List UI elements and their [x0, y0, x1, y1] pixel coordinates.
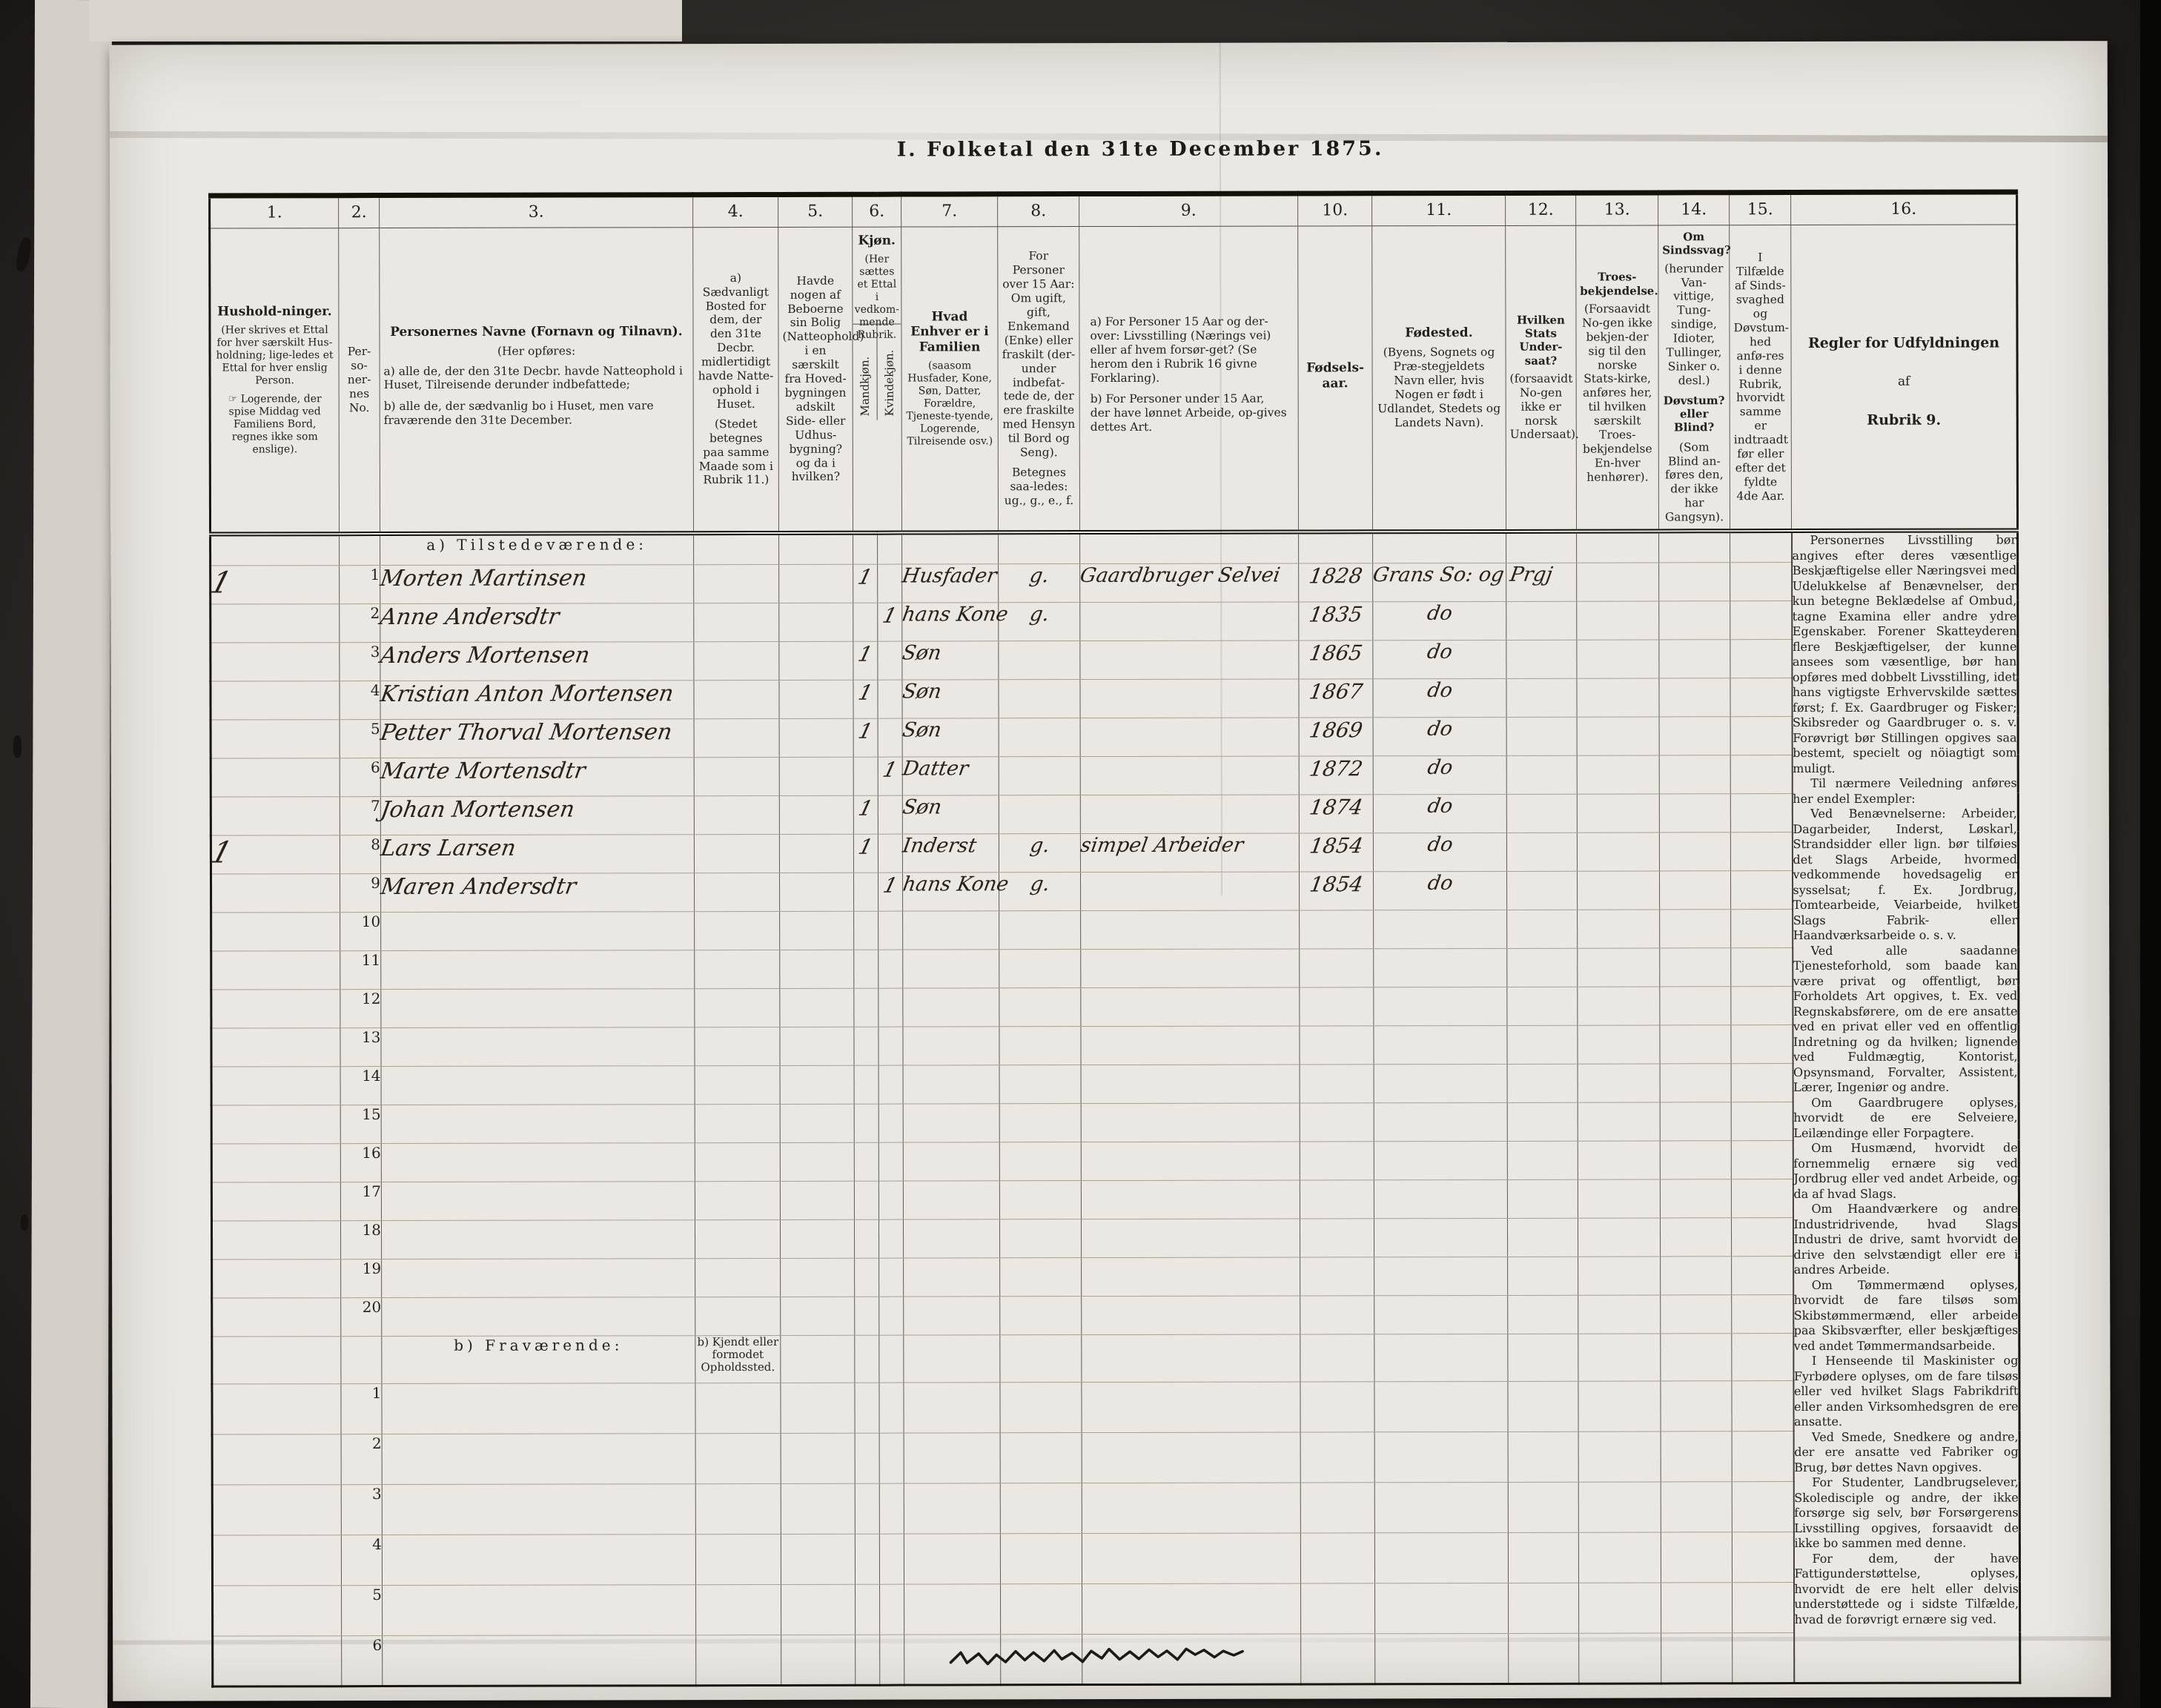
- instruction-paragraph: Ved alle saadanne Tjenesteforhold, som b…: [1793, 943, 2018, 1096]
- row-number: 15: [340, 1105, 381, 1143]
- family-position: [904, 1533, 1000, 1583]
- citizenship-cell: [1506, 755, 1577, 794]
- empty-cell: [1000, 1334, 1082, 1382]
- usual-residence-cell: [694, 757, 779, 795]
- person-name: [381, 1027, 695, 1066]
- table-row: 20: [212, 1294, 2019, 1337]
- section-b-header-row: b) Fraværende: b) Kjendt eller formodet …: [212, 1333, 2019, 1384]
- empty-cell: [999, 532, 1080, 563]
- family-position: [904, 1296, 1000, 1334]
- male-mark: [854, 1181, 878, 1219]
- disability-onset-cell: [1732, 1256, 1793, 1294]
- table-row: 1: [212, 1380, 2019, 1434]
- female-mark: 1: [878, 757, 902, 795]
- separate-building-cell: [781, 1258, 855, 1297]
- disability-cell: [1660, 1063, 1731, 1102]
- birth-year: 1869: [1299, 717, 1373, 755]
- table-row: 3 Anders Mortensen 1 Søn 1865 do: [211, 639, 2018, 681]
- person-name: [382, 1534, 695, 1585]
- disability-onset-cell: [1731, 986, 1793, 1025]
- family-position: [903, 1180, 999, 1219]
- occupation: [1082, 1382, 1300, 1433]
- citizenship-cell: [1506, 717, 1577, 755]
- citizenship-cell: [1508, 1532, 1578, 1583]
- col-usual-residence-header: a) Sædvanligt Bosted for dem, der den 31…: [693, 227, 779, 533]
- household-mark: [211, 873, 340, 912]
- occupation: [1081, 1180, 1300, 1219]
- instruction-paragraph: Personernes Livsstilling bør angives eft…: [1793, 533, 2017, 777]
- female-mark: [878, 1065, 903, 1104]
- birth-year: [1300, 1482, 1374, 1532]
- disability-onset-cell: [1731, 1025, 1793, 1063]
- female-mark: [878, 680, 902, 718]
- person-name: Marte Mortensdtr: [380, 757, 694, 796]
- family-position: hans Kone: [903, 872, 999, 910]
- empty-cell: [853, 533, 878, 564]
- disability-cell: [1660, 947, 1731, 986]
- creed-cell: [1577, 717, 1659, 755]
- disability-cell: [1661, 1431, 1732, 1481]
- female-mark: [879, 1534, 904, 1584]
- household-mark: [211, 950, 340, 989]
- birth-year: [1301, 1583, 1375, 1633]
- instruction-paragraph: Om Tømmermænd oplyses, hvorvidt de fare …: [1794, 1277, 2019, 1354]
- scan-artifact: [21, 1214, 28, 1231]
- disability-onset-cell: [1730, 639, 1792, 678]
- marital-status: [1000, 1483, 1082, 1533]
- scan-right-border: [2140, 0, 2161, 1708]
- usual-residence-cell: [695, 1433, 781, 1483]
- male-mark: [853, 757, 878, 795]
- row-number: 4: [340, 681, 380, 719]
- instruction-paragraph: Om Husmænd, hvorvidt de fornemmelig ernæ…: [1793, 1141, 2018, 1202]
- birthplace: [1374, 1431, 1508, 1482]
- usual-residence-cell: [694, 680, 779, 718]
- male-mark: 1: [853, 834, 878, 873]
- disability-onset-cell: [1732, 1380, 1793, 1431]
- citizenship-cell: [1506, 833, 1577, 871]
- marital-status: [1000, 1296, 1082, 1334]
- family-position: [904, 1483, 1000, 1533]
- family-position: [903, 1065, 999, 1103]
- male-mark: [854, 950, 878, 988]
- family-position: [904, 1432, 1000, 1483]
- person-name: [383, 1635, 696, 1686]
- citizenship-cell: [1507, 987, 1578, 1025]
- col-disability-onset-header: I Tilfælde af Sinds-svaghed og Døvstum-h…: [1730, 225, 1792, 532]
- row-number: 11: [340, 950, 381, 989]
- col-4-number: 4.: [693, 194, 778, 227]
- row-number: 16: [340, 1143, 381, 1182]
- male-mark: [854, 1065, 878, 1104]
- marital-status: [1000, 1382, 1082, 1432]
- creed-cell: [1578, 1102, 1660, 1141]
- female-mark: [878, 1219, 903, 1258]
- col-14-number: 14.: [1658, 193, 1730, 225]
- birth-year: [1300, 1295, 1374, 1334]
- disability-cell: [1660, 1179, 1731, 1217]
- birth-year: 1854: [1300, 871, 1374, 910]
- row-number: 1: [340, 565, 380, 603]
- empty-cell: [212, 1336, 341, 1383]
- table-row: 16: [211, 1140, 2019, 1182]
- birth-year: [1300, 1381, 1374, 1431]
- creed-cell: [1578, 948, 1660, 987]
- family-position: [903, 1103, 999, 1142]
- male-mark: 1: [853, 564, 878, 603]
- usual-residence-cell: [696, 1635, 781, 1685]
- table-row: 1 8 Lars Larsen 1 Inderst g. simpel Arbe…: [211, 832, 2018, 874]
- household-mark: [211, 1066, 340, 1105]
- section-a-header-row: a) Tilstedeværende: Personernes Li: [211, 531, 2018, 566]
- rules-instructions-text: Personernes Livsstilling bør angives eft…: [1793, 533, 2019, 1628]
- occupation: [1080, 756, 1299, 795]
- male-mark: [853, 603, 878, 641]
- disability-onset-cell: [1732, 1431, 1793, 1481]
- birthplace: [1374, 1025, 1507, 1064]
- person-name: Maren Andersdtr: [381, 873, 695, 912]
- empty-cell: [1082, 1334, 1300, 1383]
- occupation: [1082, 1533, 1300, 1584]
- row-number: 7: [340, 796, 380, 835]
- occupation: simpel Arbeider: [1080, 833, 1299, 873]
- separate-building-cell: [781, 1483, 855, 1534]
- household-mark: [211, 758, 340, 796]
- disability-onset-cell: [1732, 1532, 1793, 1582]
- birth-year: 1854: [1299, 833, 1373, 871]
- col-5-number: 5.: [778, 194, 853, 227]
- census-table: 1. 2. 3. 4. 5. 6. 7. 8. 9. 10. 11. 12. 1…: [208, 189, 2021, 1687]
- usual-residence-cell: [695, 1104, 780, 1142]
- occupation: [1081, 1026, 1300, 1065]
- family-position: Søn: [902, 795, 999, 833]
- disability-cell: [1661, 1532, 1732, 1582]
- marital-status: [999, 640, 1080, 679]
- female-mark: [879, 1258, 904, 1297]
- birthplace: do: [1373, 717, 1506, 755]
- marital-status: [999, 679, 1080, 718]
- person-name: Johan Mortensen: [380, 795, 694, 835]
- occupation: [1082, 1296, 1300, 1335]
- citizenship-cell: [1506, 640, 1577, 678]
- separate-building-cell: [780, 1065, 854, 1104]
- household-mark: [213, 1585, 342, 1635]
- male-mark: [854, 911, 878, 950]
- male-mark: [855, 1534, 879, 1584]
- separate-building-cell: [779, 680, 853, 718]
- usual-residence-cell: [695, 988, 780, 1027]
- row-number: 6: [340, 758, 380, 796]
- separate-building-cell: [781, 1383, 855, 1433]
- column-header-row: Hushold-ninger. (Her skrives et Ettal fo…: [210, 225, 2018, 534]
- row-number: 3: [341, 1484, 382, 1535]
- usual-residence-cell: [695, 1483, 781, 1534]
- female-mark: [878, 795, 902, 834]
- empty-cell: [1508, 1334, 1578, 1381]
- person-name: Anders Mortensen: [380, 641, 694, 681]
- birthplace: [1374, 1381, 1508, 1431]
- male-mark: [856, 1584, 880, 1635]
- creed-cell: [1577, 601, 1659, 640]
- birthplace: [1374, 987, 1507, 1025]
- col-citizenship-header: Hvilken Stats Under-saat? (forsaavidt No…: [1506, 225, 1577, 532]
- household-mark: [211, 603, 340, 642]
- col-marital-status-header: For Personer over 15 Aar: Om ugift, gift…: [998, 227, 1080, 533]
- empty-cell: [1299, 532, 1373, 563]
- col-names-header: Personernes Navne (Fornavn og Tilnavn). …: [380, 228, 694, 534]
- female-mark: [879, 1297, 904, 1335]
- disability-cell: [1661, 1380, 1732, 1431]
- male-mark: [854, 873, 878, 911]
- col-rules-header: Regler for Udfyldningen af Rubrik 9.: [1791, 225, 2018, 531]
- disability-onset-cell: [1730, 832, 1792, 870]
- usual-residence-cell: [695, 1181, 780, 1219]
- birthplace: do: [1373, 833, 1506, 871]
- household-mark: [211, 912, 340, 950]
- male-mark: [855, 1483, 879, 1534]
- person-name: Morten Martinsen: [380, 564, 694, 603]
- birth-year: [1300, 1257, 1374, 1295]
- person-name: Kristian Anton Mortensen: [380, 680, 694, 719]
- occupation: [1082, 1583, 1301, 1635]
- marital-status: [999, 1219, 1081, 1257]
- birth-year: [1300, 1064, 1374, 1102]
- table-row: 5: [213, 1582, 2020, 1636]
- male-mark: [854, 1142, 878, 1181]
- female-mark: [878, 834, 902, 873]
- citizenship-cell: [1507, 1102, 1578, 1141]
- table-row: 1 1 Morten Martinsen 1 Husfader g. Gaard…: [211, 562, 2018, 604]
- section-b-label: b) Fraværende:: [382, 1335, 695, 1383]
- scanned-photo: I. Folketal den 31te December 1875. 1. 2…: [0, 0, 2161, 1708]
- family-position: [903, 1142, 999, 1180]
- usual-residence-cell: [695, 1534, 781, 1584]
- family-position: [904, 1257, 1000, 1296]
- marital-status: [999, 987, 1081, 1026]
- disability-cell: [1661, 1294, 1732, 1333]
- person-name: [382, 1433, 695, 1484]
- birthplace: [1374, 1532, 1508, 1583]
- birthplace: do: [1373, 678, 1506, 717]
- citizenship-cell: [1506, 794, 1577, 833]
- birthplace: [1374, 1141, 1507, 1179]
- occupation: [1082, 1483, 1300, 1534]
- person-name: [383, 1584, 696, 1635]
- separate-building-cell: [781, 1534, 855, 1584]
- empty-cell: [879, 1335, 904, 1383]
- row-number: 4: [341, 1535, 382, 1585]
- birth-year: [1301, 1633, 1375, 1684]
- col-11-number: 11.: [1372, 193, 1506, 225]
- usual-residence-cell: [695, 1219, 780, 1258]
- table-row: 11: [211, 947, 2019, 990]
- family-position: Søn: [902, 679, 999, 718]
- creed-cell: [1577, 755, 1659, 794]
- col-3-number: 3.: [380, 195, 693, 228]
- male-mark: [855, 1297, 879, 1335]
- disability-cell: [1660, 1140, 1731, 1179]
- person-name: [382, 1383, 695, 1434]
- usual-residence-cell: [695, 1297, 781, 1335]
- table-row: 15: [211, 1102, 2019, 1144]
- male-mark: [854, 1104, 878, 1142]
- col-9-number: 9.: [1079, 193, 1298, 227]
- household-mark: [212, 1484, 341, 1535]
- empty-cell: [1373, 532, 1506, 563]
- row-number: 19: [341, 1259, 382, 1297]
- occupation: [1081, 910, 1300, 950]
- scan-artifact: [13, 735, 21, 758]
- usual-residence-cell: [695, 1383, 781, 1433]
- birth-year: 1874: [1299, 794, 1373, 833]
- empty-cell: [855, 1335, 879, 1383]
- row-number: 2: [340, 603, 380, 642]
- row-number: 18: [340, 1220, 381, 1259]
- row-number: 13: [340, 1027, 381, 1066]
- disability-cell: [1659, 755, 1730, 793]
- section-b-residence-note: b) Kjendt eller formodet Opholdssted.: [695, 1335, 781, 1383]
- usual-residence-cell: [694, 603, 779, 641]
- household-mark: [212, 1434, 341, 1484]
- usual-residence-cell: [695, 911, 780, 950]
- instruction-paragraph: Ved Benævnelserne: Arbeider, Dagarbeider…: [1793, 807, 2017, 944]
- col-12-number: 12.: [1506, 193, 1576, 225]
- empty-cell: [1374, 1334, 1508, 1381]
- family-position: [904, 1583, 1001, 1634]
- row-number: 2: [341, 1434, 382, 1484]
- citizenship-cell: [1507, 1025, 1578, 1064]
- scan-corner-light: [89, 0, 682, 42]
- birth-year: [1300, 987, 1374, 1025]
- disability-onset-cell: [1730, 755, 1792, 793]
- instruction-paragraph: For Studenter, Landbrugselever, Skoledis…: [1794, 1475, 2019, 1552]
- disability-onset-cell: [1731, 947, 1793, 986]
- marital-status: [1000, 1257, 1082, 1296]
- disability-cell: [1659, 793, 1730, 832]
- disability-cell: [1661, 1582, 1733, 1632]
- birth-year: 1828: [1299, 563, 1373, 601]
- family-position: Inderst: [902, 833, 999, 872]
- disability-cell: [1659, 678, 1730, 716]
- disability-onset-cell: [1730, 793, 1792, 832]
- family-position: [903, 949, 999, 987]
- row-number: 17: [340, 1182, 381, 1220]
- col-8-number: 8.: [998, 194, 1079, 227]
- census-page: I. Folketal den 31te December 1875. 1. 2…: [110, 41, 2111, 1701]
- table-row: 17: [211, 1179, 2019, 1221]
- instruction-paragraph: Til nærmere Veiledning anføres her endel…: [1793, 776, 2017, 807]
- birth-year: [1300, 1179, 1374, 1218]
- table-row: 2 Anne Andersdtr 1 hans Kone g. 1835 do: [211, 600, 2018, 643]
- book-edge-strip: [30, 0, 112, 1708]
- disability-cell: [1659, 562, 1730, 600]
- table-row: 13: [211, 1025, 2019, 1067]
- family-position: hans Kone: [902, 602, 999, 640]
- col-birth-year-header: Fødsels-aar.: [1298, 226, 1373, 532]
- occupation: [1081, 1065, 1300, 1104]
- citizenship-cell: [1509, 1633, 1579, 1684]
- separate-building-cell: [780, 1219, 854, 1258]
- empty-cell: [1300, 1334, 1374, 1381]
- separate-building-cell: [781, 1584, 856, 1635]
- disability-cell: [1660, 1102, 1731, 1140]
- disability-onset-cell: [1730, 716, 1792, 755]
- table-row: 19: [212, 1256, 2019, 1298]
- female-mark: [880, 1635, 904, 1685]
- citizenship-cell: [1506, 678, 1577, 717]
- citizenship-cell: [1508, 1431, 1578, 1482]
- household-mark: [211, 796, 340, 835]
- disability-onset-cell: [1733, 1582, 1794, 1632]
- household-mark: [211, 1182, 340, 1220]
- family-position: Søn: [902, 718, 999, 756]
- person-name: [381, 988, 695, 1027]
- household-mark: 1: [211, 835, 340, 873]
- citizenship-cell: [1506, 601, 1577, 640]
- household-mark: [211, 642, 340, 681]
- col-16-number: 16.: [1791, 192, 2017, 225]
- male-mark: [854, 1027, 878, 1065]
- marital-status: [999, 1026, 1081, 1065]
- empty-cell: [1080, 532, 1299, 564]
- marital-status: [999, 718, 1080, 756]
- creed-cell: [1577, 678, 1659, 717]
- separate-building-cell: [779, 564, 853, 603]
- birthplace: do: [1374, 871, 1507, 910]
- person-name: [381, 1065, 695, 1105]
- birth-year: [1300, 1025, 1374, 1064]
- col-separate-building-header: Havde nogen af Beboerne sin Bolig (Natte…: [778, 227, 853, 533]
- birthplace: [1374, 1257, 1508, 1295]
- row-number: 10: [340, 912, 381, 950]
- birthplace: do: [1373, 601, 1506, 640]
- citizenship-cell: [1507, 910, 1578, 948]
- family-position: [903, 910, 999, 949]
- occupation: [1080, 718, 1299, 757]
- disability-onset-cell: [1731, 1063, 1793, 1102]
- separate-building-cell: [780, 988, 854, 1027]
- occupation: [1081, 949, 1300, 988]
- citizenship-cell: [1508, 1295, 1578, 1334]
- marital-status: [1000, 1533, 1082, 1583]
- household-mark: [211, 1143, 340, 1182]
- citizenship-cell: [1507, 1218, 1578, 1257]
- empty-cell: [878, 533, 902, 564]
- page-title: I. Folketal den 31te December 1875.: [873, 137, 1407, 162]
- household-mark: [212, 1535, 341, 1585]
- row-number: 5: [342, 1585, 383, 1635]
- instruction-paragraph: I Henseende til Maskinister og Fyrbødere…: [1794, 1354, 2019, 1430]
- citizenship-cell: [1509, 1583, 1579, 1633]
- marital-status: [999, 756, 1080, 795]
- creed-cell: [1578, 1381, 1661, 1431]
- marital-status: [999, 1065, 1081, 1103]
- occupation: [1082, 1257, 1300, 1297]
- separate-building-cell: [779, 641, 853, 680]
- section-a-label: a) Tilstedeværende:: [380, 533, 694, 565]
- col-2-number: 2.: [339, 196, 380, 228]
- occupation: [1081, 1142, 1300, 1181]
- empty-cell: [1730, 531, 1792, 562]
- family-position: [903, 987, 999, 1026]
- empty-cell: [1732, 1333, 1793, 1380]
- family-position: [904, 1382, 1000, 1432]
- separate-building-cell: [780, 1142, 854, 1181]
- male-mark: 1: [853, 718, 878, 757]
- creed-cell: [1578, 1218, 1660, 1257]
- household-mark: [212, 1383, 341, 1434]
- person-name: [381, 950, 695, 989]
